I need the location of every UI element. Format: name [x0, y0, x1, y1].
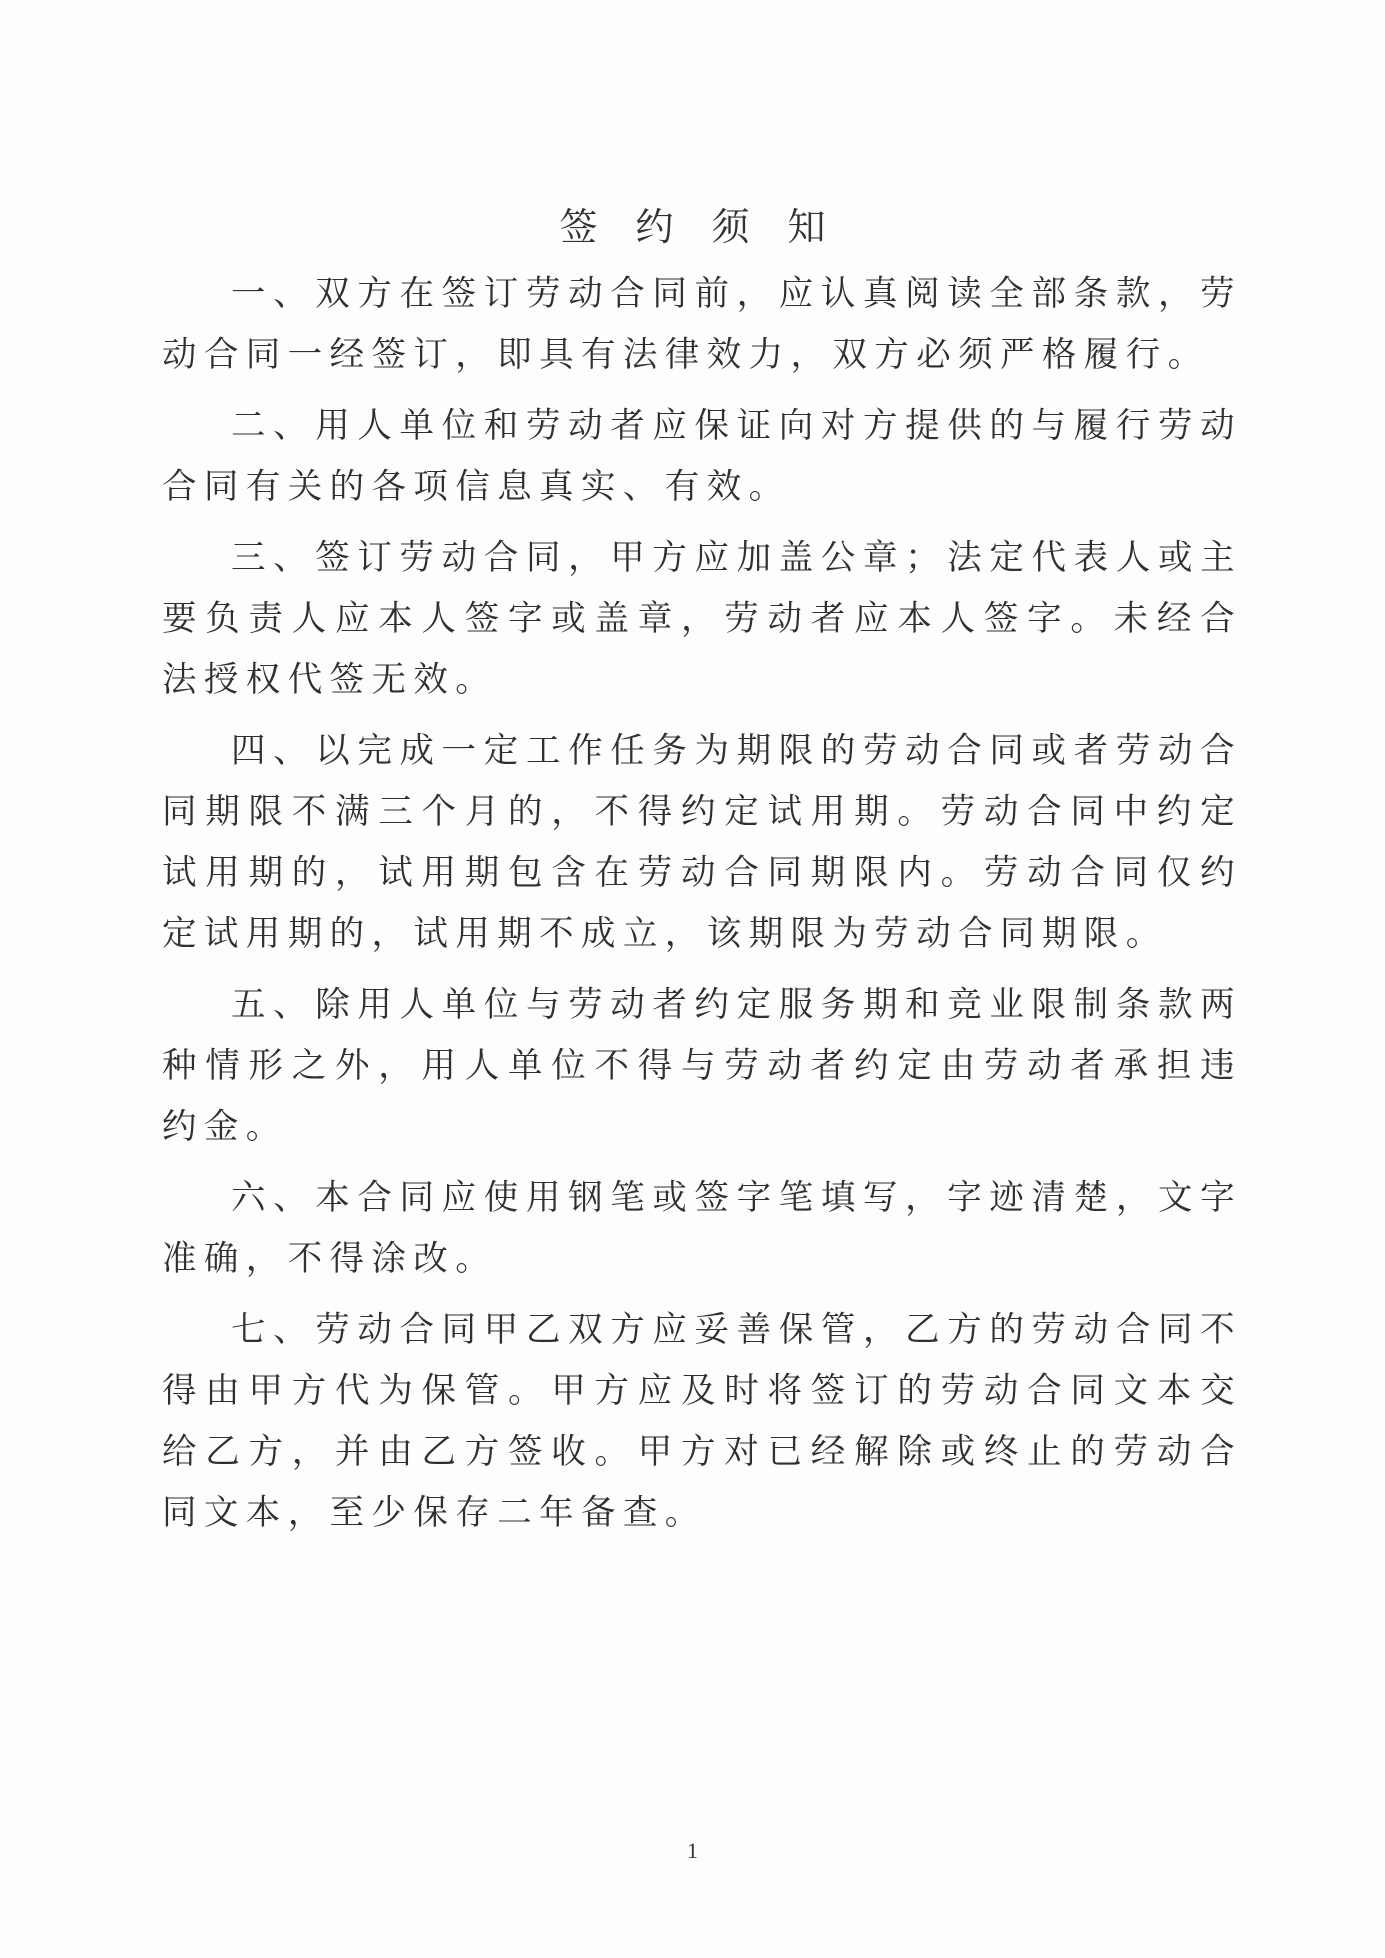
page-number: 1 — [0, 1838, 1385, 1864]
clause-2: 二、用人单位和劳动者应保证向对方提供的与履行劳动合同有关的各项信息真实、有效。 — [162, 396, 1242, 518]
clause-7: 七、劳动合同甲乙双方应妥善保管，乙方的劳动合同不得由甲方代为保管。甲方应及时将签… — [162, 1300, 1242, 1544]
clause-3: 三、签订劳动合同，甲方应加盖公章；法定代表人或主要负责人应本人签字或盖章，劳动者… — [162, 528, 1242, 711]
clause-1: 一、双方在签订劳动合同前，应认真阅读全部条款，劳动合同一经签订，即具有法律效力，… — [162, 264, 1242, 386]
document-page: 签约须知 一、双方在签订劳动合同前，应认真阅读全部条款，劳动合同一经签订，即具有… — [0, 0, 1385, 1958]
clause-6: 六、本合同应使用钢笔或签字笔填写，字迹清楚，文字准确，不得涂改。 — [162, 1168, 1242, 1290]
clause-4: 四、以完成一定工作任务为期限的劳动合同或者劳动合同期限不满三个月的，不得约定试用… — [162, 721, 1242, 965]
clause-5: 五、除用人单位与劳动者约定服务期和竞业限制条款两种情形之外，用人单位不得与劳动者… — [162, 975, 1242, 1158]
document-body: 一、双方在签订劳动合同前，应认真阅读全部条款，劳动合同一经签订，即具有法律效力，… — [162, 264, 1242, 1554]
page-title: 签约须知 — [0, 196, 1385, 251]
